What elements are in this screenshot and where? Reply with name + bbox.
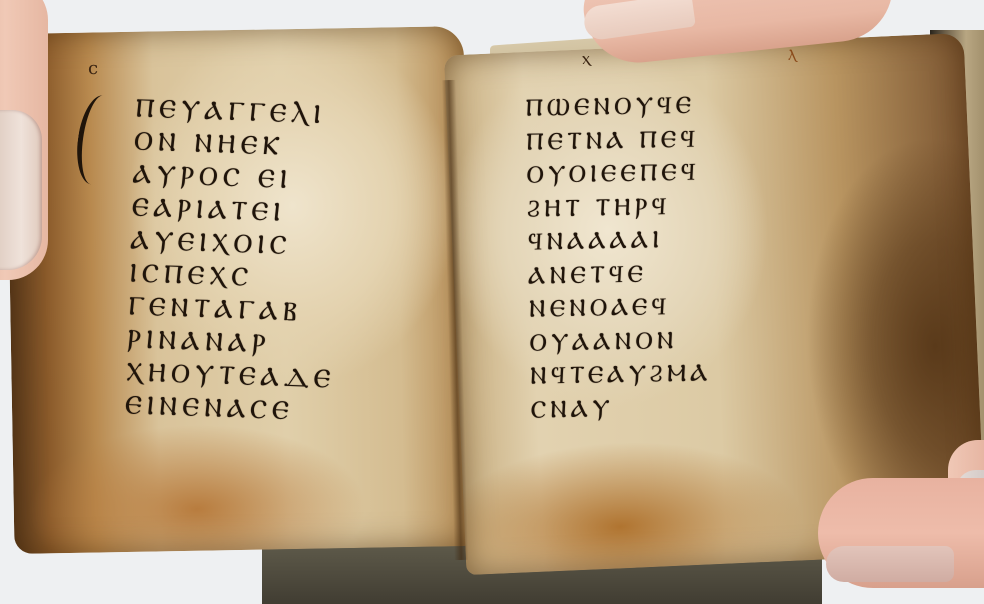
behind-page-marker: ⲭ	[582, 48, 590, 69]
text-line: ⲞⲨⲞⲒⲈⲈⲠⲈϤ	[526, 155, 709, 192]
right-page-marker: ⲗ	[788, 44, 796, 65]
text-line: ϨⲎⲦ ⲦⲎⲢϤ	[526, 189, 709, 226]
right-page-text: ⲠⲰⲈⲚⲞⲨϤⲈ ⲠⲈⲦⲚⲀ ⲠⲈϤ ⲞⲨⲞⲒⲈⲈⲠⲈϤ ϨⲎⲦ ⲦⲎⲢϤ ϤⲚ…	[525, 88, 712, 426]
text-line: ⲤⲚⲀⲨ	[530, 390, 713, 427]
text-line: ϤⲚⲀⲀⲀⲀⲒ	[527, 222, 710, 259]
left-fingernail	[0, 110, 42, 270]
photo-scene: c ⲗ ⲭ ⲠⲈⲨⲀⲄⲄⲈⲖⲒ ⲞⲚ ⲚⲎⲈⲔ ⲀⲨⲢⲞⲤ ⲈⲒ ⲈⲀⲢⲒⲀⲦⲈ…	[0, 0, 984, 604]
text-line: ⲠⲈⲦⲚⲀ ⲠⲈϤ	[525, 122, 708, 159]
text-line: ⲞⲨⲀⲀⲚⲞⲚ	[529, 323, 712, 360]
text-line: ⲠⲰⲈⲚⲞⲨϤⲈ	[525, 88, 708, 125]
text-line: ⲚϤⲦⲈⲀⲨϨⲘⲀ	[529, 356, 712, 393]
left-page-text: ⲠⲈⲨⲀⲄⲄⲈⲖⲒ ⲞⲚ ⲚⲎⲈⲔ ⲀⲨⲢⲞⲤ ⲈⲒ ⲈⲀⲢⲒⲀⲦⲈⲒ ⲀⲨⲈⲒ…	[124, 92, 345, 429]
right-fingernail	[826, 546, 954, 582]
left-page-marker: c	[88, 58, 98, 79]
text-line: ⲚⲈⲚⲞⲀⲈϤ	[528, 289, 711, 326]
text-line: ⲀⲚⲈⲦϤⲈ	[527, 256, 710, 293]
